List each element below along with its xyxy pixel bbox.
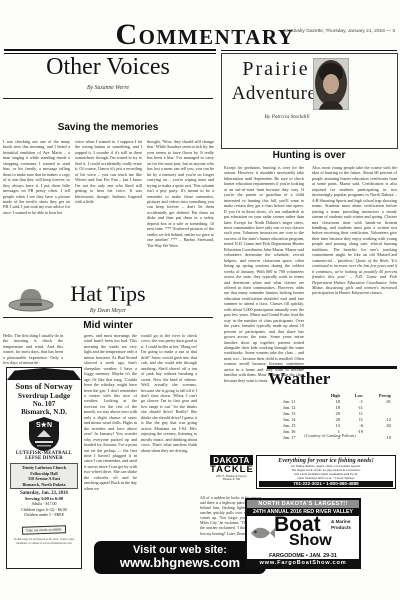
prairie-byline: By Patricia Stockdill xyxy=(222,114,352,120)
price-under5: Children under 5 - FREE xyxy=(7,512,81,518)
ticket-info: Tickets may be purchased at the door, fr… xyxy=(10,538,78,546)
boat-show-name2: Show xyxy=(289,532,332,550)
other-voices-title: Other Voices xyxy=(0,54,216,81)
saving-memories-col1: I was checking out one of the many kiosk… xyxy=(3,139,70,285)
venue-box: Trinity Lutheran Church Fellowship Hall … xyxy=(10,463,78,489)
boat-show-url: www.FargoBoatShow.com xyxy=(247,559,359,567)
hunting-heading: Hunting is over xyxy=(221,150,397,161)
hat-tips-byline: By Dean Meyer xyxy=(0,308,216,314)
fish-icon xyxy=(249,524,275,542)
svg-text:S★N: S★N xyxy=(36,421,52,429)
quote-of-the-week: Quote of the Week: 'It's continued to in… xyxy=(312,258,397,296)
page-title: Commentary xyxy=(85,18,325,52)
dakota-tackle-headline: Everything for your ice fishing needs! xyxy=(259,458,393,464)
boat-show-tagline: & Marine Products xyxy=(331,519,351,530)
sons-of-norway-ad: Sons of Norway Sverdrup Lodge No. 107 Bi… xyxy=(6,367,82,569)
prairie-title-line1: Prairie xyxy=(226,58,326,81)
dakota-tackle-phone: 701-222-3021 • 1-800-880-4888 xyxy=(259,481,393,487)
dakota-tackle-ad: Everything for your ice fishing needs! I… xyxy=(256,455,396,489)
newspaper-page: Commentary McClusky Gazette, Thursday, J… xyxy=(0,0,400,600)
other-voices-rule xyxy=(3,98,213,99)
hat-tips-title: Hat Tips xyxy=(0,281,216,307)
mid-winter-col1: Hello. The first thing I usually do in t… xyxy=(3,333,63,366)
dakota-tackle-body4: Open Saturdays until 5 p.m. • Closed Sun… xyxy=(259,476,393,480)
website-banner-url: www.bhgnews.com xyxy=(94,556,266,570)
folio-line: McClusky Gazette, Thursday, January 21, … xyxy=(245,29,395,34)
weather-credit: (Courtesy of Candace Pelican) xyxy=(262,433,398,438)
hunting-col2-text: Also, most young people take the course … xyxy=(312,165,397,263)
saving-memories-body: I was checking out one of the many kiosk… xyxy=(3,139,214,285)
other-voices-byline: By Suzanne Werre xyxy=(0,85,216,91)
saving-memories-col3: thought, 'Wow, they should still change … xyxy=(147,139,214,285)
weather-title: Weather xyxy=(268,369,330,389)
columnist-headshot xyxy=(313,58,349,110)
hunting-col2: Also, most young people take the course … xyxy=(312,165,397,365)
website-banner-text: Visit our web site: xyxy=(94,541,266,556)
lodge-city: Bismarck, N.D. xyxy=(7,408,81,416)
mid-winter-col2: grees, and most mornings the wind hasn't… xyxy=(84,333,137,539)
boat-show-ad: NORTH DAKOTA'S LARGEST!! 24TH ANNUAL 201… xyxy=(245,498,361,569)
saving-memories-col2: voice when I wanted to. I suppose I hit … xyxy=(75,139,142,285)
mid-winter-col3: would go to the river to check cows, she… xyxy=(141,333,197,539)
lodge-roof-shape xyxy=(7,368,81,380)
venue-city: Bismarck, North Dakota xyxy=(11,482,77,488)
dinner-line2: LEFSE DINNER xyxy=(7,456,81,461)
sons-of-norway-shield-icon: S★N xyxy=(29,417,59,451)
dakota-tackle-logo: DAKOTA TACKLE 2301 E. Bismarck Expwy. Bi… xyxy=(210,455,253,482)
lodge-name: Sverdrup Lodge xyxy=(7,391,81,400)
website-banner: Visit our web site: www.bhgnews.com xyxy=(94,541,266,574)
saving-memories-heading: Saving the memories xyxy=(0,122,216,133)
mid-winter-heading: Mid winter xyxy=(0,320,216,331)
lodge-number: No. 107 xyxy=(7,400,81,408)
hat-tips-rule xyxy=(3,317,213,318)
boat-show-venue: FARGODOME • JAN. 29-31 xyxy=(247,553,359,559)
takeout-badge: Take out meals available xyxy=(22,525,66,535)
dakota-tackle-address2: Bismarck, ND xyxy=(210,478,253,482)
boat-show-banner1: NORTH DAKOTA'S LARGEST!! xyxy=(247,500,359,508)
boat-show-middle: Boat & Marine Products Show FARGODOME • … xyxy=(247,516,359,559)
sons-of-norway-name: Sons of Norway xyxy=(7,381,81,391)
